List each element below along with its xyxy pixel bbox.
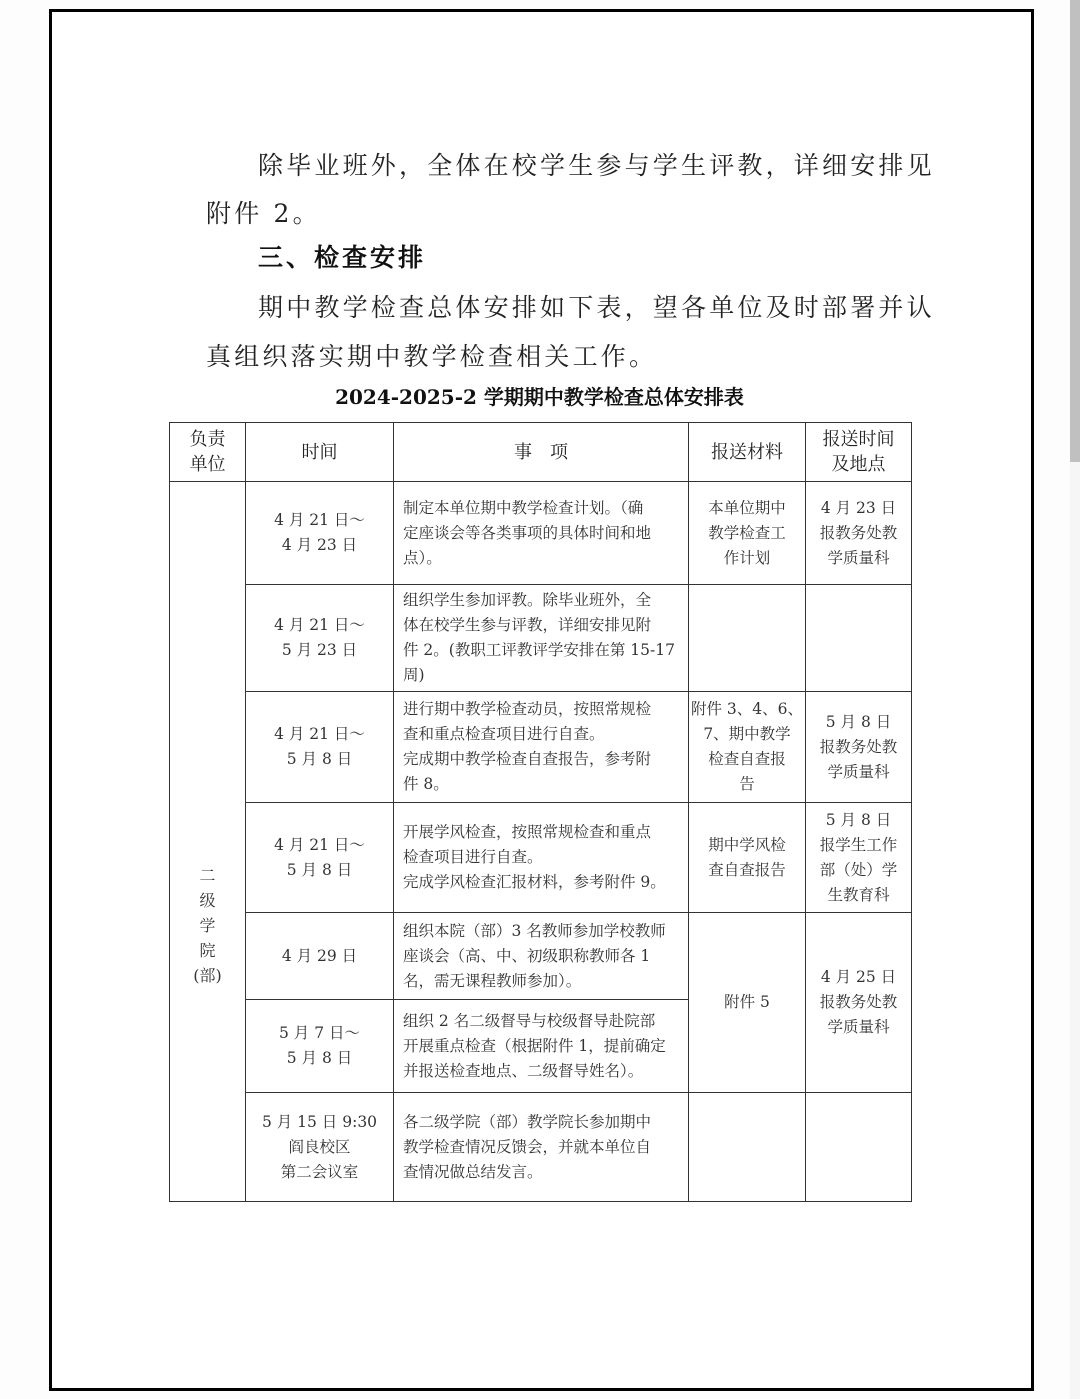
- paragraph-1-line-2: 附件 2。: [206, 194, 886, 230]
- deadline-cell-empty: [806, 1093, 912, 1202]
- header-materials: 报送材料: [689, 423, 806, 482]
- time-cell: 5 月 7 日～ 5 月 8 日: [246, 1000, 394, 1093]
- deadline-cell: 5 月 8 日 报学生工作 部（处）学 生教育科: [806, 803, 912, 913]
- materials-cell: 期中学风检 查自查报告: [689, 803, 806, 913]
- table-title: 2024-2025-2 学期期中教学检查总体安排表: [169, 381, 910, 410]
- deadline-cell: 4 月 23 日 报教务处教 学质量科: [806, 482, 912, 585]
- materials-cell: 本单位期中 教学检查工 作计划: [689, 482, 806, 585]
- table-row: 二 级 学 院 (部) 4 月 21 日～ 4 月 23 日 制定本单位期中教学…: [170, 482, 912, 585]
- event-cell: 制定本单位期中教学检查计划。（确 定座谈会等各类事项的具体时间和地 点）。: [394, 482, 689, 585]
- table-row: 4 月 29 日 组织本院（部）3 名教师参加学校教师 座谈会（高、中、初级职称…: [170, 913, 912, 1000]
- time-cell: 4 月 21 日～ 5 月 23 日: [246, 585, 394, 692]
- deadline-cell: 4 月 25 日 报教务处教 学质量科: [806, 913, 912, 1093]
- materials-cell: 附件 5: [689, 913, 806, 1093]
- time-cell: 4 月 29 日: [246, 913, 394, 1000]
- event-cell: 各二级学院（部）教学院长参加期中 教学检查情况反馈会，并就本单位自 查情况做总结…: [394, 1093, 689, 1202]
- paragraph-1-line-1: 除毕业班外，全体在校学生参与学生评教，详细安排见: [258, 146, 938, 182]
- time-cell: 4 月 21 日～ 5 月 8 日: [246, 692, 394, 803]
- paragraph-2-line-1: 期中教学检查总体安排如下表，望各单位及时部署并认: [258, 288, 938, 324]
- table-row: 4 月 21 日～ 5 月 23 日 组织学生参加评教。除毕业班外，全 体在校学…: [170, 585, 912, 692]
- header-deadline: 报送时间 及地点: [806, 423, 912, 482]
- table-header-row: 负责 单位 时间 事 项 报送材料 报送时间 及地点: [170, 423, 912, 482]
- paragraph-2-line-2: 真组织落实期中教学检查相关工作。: [206, 337, 886, 373]
- event-cell: 组织本院（部）3 名教师参加学校教师 座谈会（高、中、初级职称教师各 1 名，需…: [394, 913, 689, 1000]
- materials-cell: 附件 3、4、6、 7、期中教学 检查自查报 告: [689, 692, 806, 803]
- event-cell: 开展学风检查，按照常规检查和重点 检查项目进行自查。 完成学风检查汇报材料，参考…: [394, 803, 689, 913]
- time-cell: 5 月 15 日 9:30 阎良校区 第二会议室: [246, 1093, 394, 1202]
- time-cell: 4 月 21 日～ 4 月 23 日: [246, 482, 394, 585]
- time-cell: 4 月 21 日～ 5 月 8 日: [246, 803, 394, 913]
- materials-cell-empty: [689, 1093, 806, 1202]
- event-cell: 组织学生参加评教。除毕业班外，全 体在校学生参与评教，详细安排见附 件 2。(教…: [394, 585, 689, 692]
- materials-cell-empty: [689, 585, 806, 692]
- scrollbar-thumb[interactable]: [1070, 0, 1080, 462]
- unit-cell: 二 级 学 院 (部): [170, 482, 246, 1202]
- section-heading: 三、检查安排: [258, 238, 426, 274]
- event-cell: 组织 2 名二级督导与校级督导赴院部 开展重点检查（根据附件 1，提前确定 并报…: [394, 1000, 689, 1093]
- schedule-table: 负责 单位 时间 事 项 报送材料 报送时间 及地点 二 级 学 院 (部): [169, 422, 912, 1202]
- event-cell: 进行期中教学检查动员，按照常规检 查和重点检查项目进行自查。 完成期中教学检查自…: [394, 692, 689, 803]
- deadline-cell: 5 月 8 日 报教务处教 学质量科: [806, 692, 912, 803]
- header-event: 事 项: [394, 423, 689, 482]
- header-time: 时间: [246, 423, 394, 482]
- table-row: 4 月 21 日～ 5 月 8 日 进行期中教学检查动员，按照常规检 查和重点检…: [170, 692, 912, 803]
- table-row: 4 月 21 日～ 5 月 8 日 开展学风检查，按照常规检查和重点 检查项目进…: [170, 803, 912, 913]
- deadline-cell-empty: [806, 585, 912, 692]
- header-unit: 负责 单位: [170, 423, 246, 482]
- table-row: 5 月 15 日 9:30 阎良校区 第二会议室 各二级学院（部）教学院长参加期…: [170, 1093, 912, 1202]
